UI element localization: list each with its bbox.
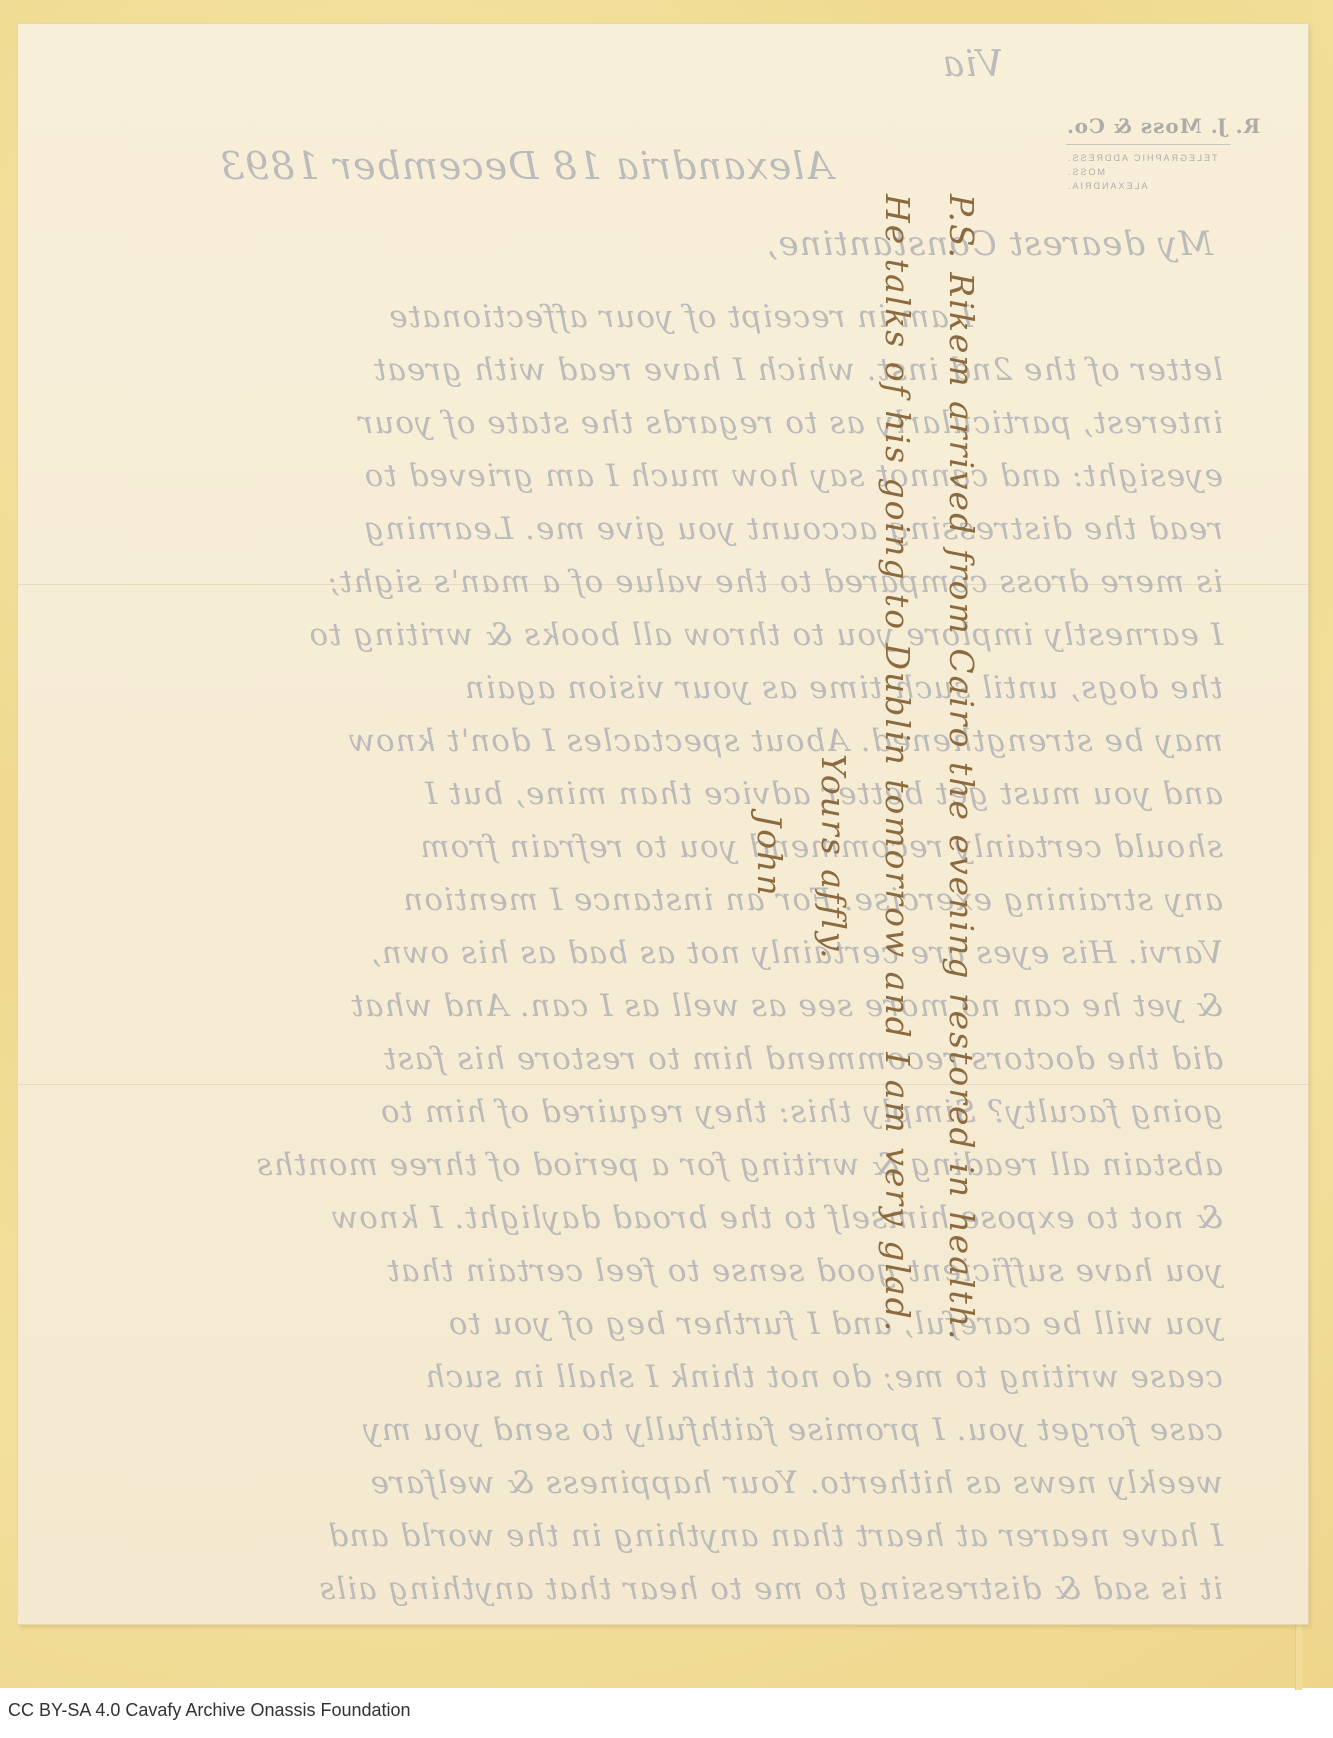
- date-line: Alexandria 18 December 1893: [219, 144, 833, 188]
- letter-sheet: R. J. Moss & Co. TELEGRAPHIC ADDRESS. MO…: [18, 24, 1308, 1624]
- credit-caption: CC BY-SA 4.0 Cavafy Archive Onassis Foun…: [8, 1700, 411, 1721]
- body-line: case forget you. I promise faithfully to…: [362, 1412, 1223, 1448]
- postscript-line: P.S. Rikem arrived from Cairo the evenin…: [929, 194, 993, 1394]
- header-mark: Via: [942, 44, 1003, 85]
- postscript-line: He talks of his going to Dublin tomorrow…: [865, 194, 929, 1394]
- body-line: it is sad & distressing to me to hear th…: [318, 1571, 1223, 1607]
- postscript-signature: John: [737, 194, 801, 1394]
- body-line: I have nearer at heart than anything in …: [327, 1518, 1223, 1554]
- body-line: weekly news as hitherto. Your happiness …: [370, 1465, 1223, 1501]
- postscript-closing: Yours affly.: [801, 194, 865, 1394]
- postscript: P.S. Rikem arrived from Cairo the evenin…: [737, 194, 993, 1394]
- handwritten-body: Via Alexandria 18 December 1893 My deare…: [73, 24, 1233, 1604]
